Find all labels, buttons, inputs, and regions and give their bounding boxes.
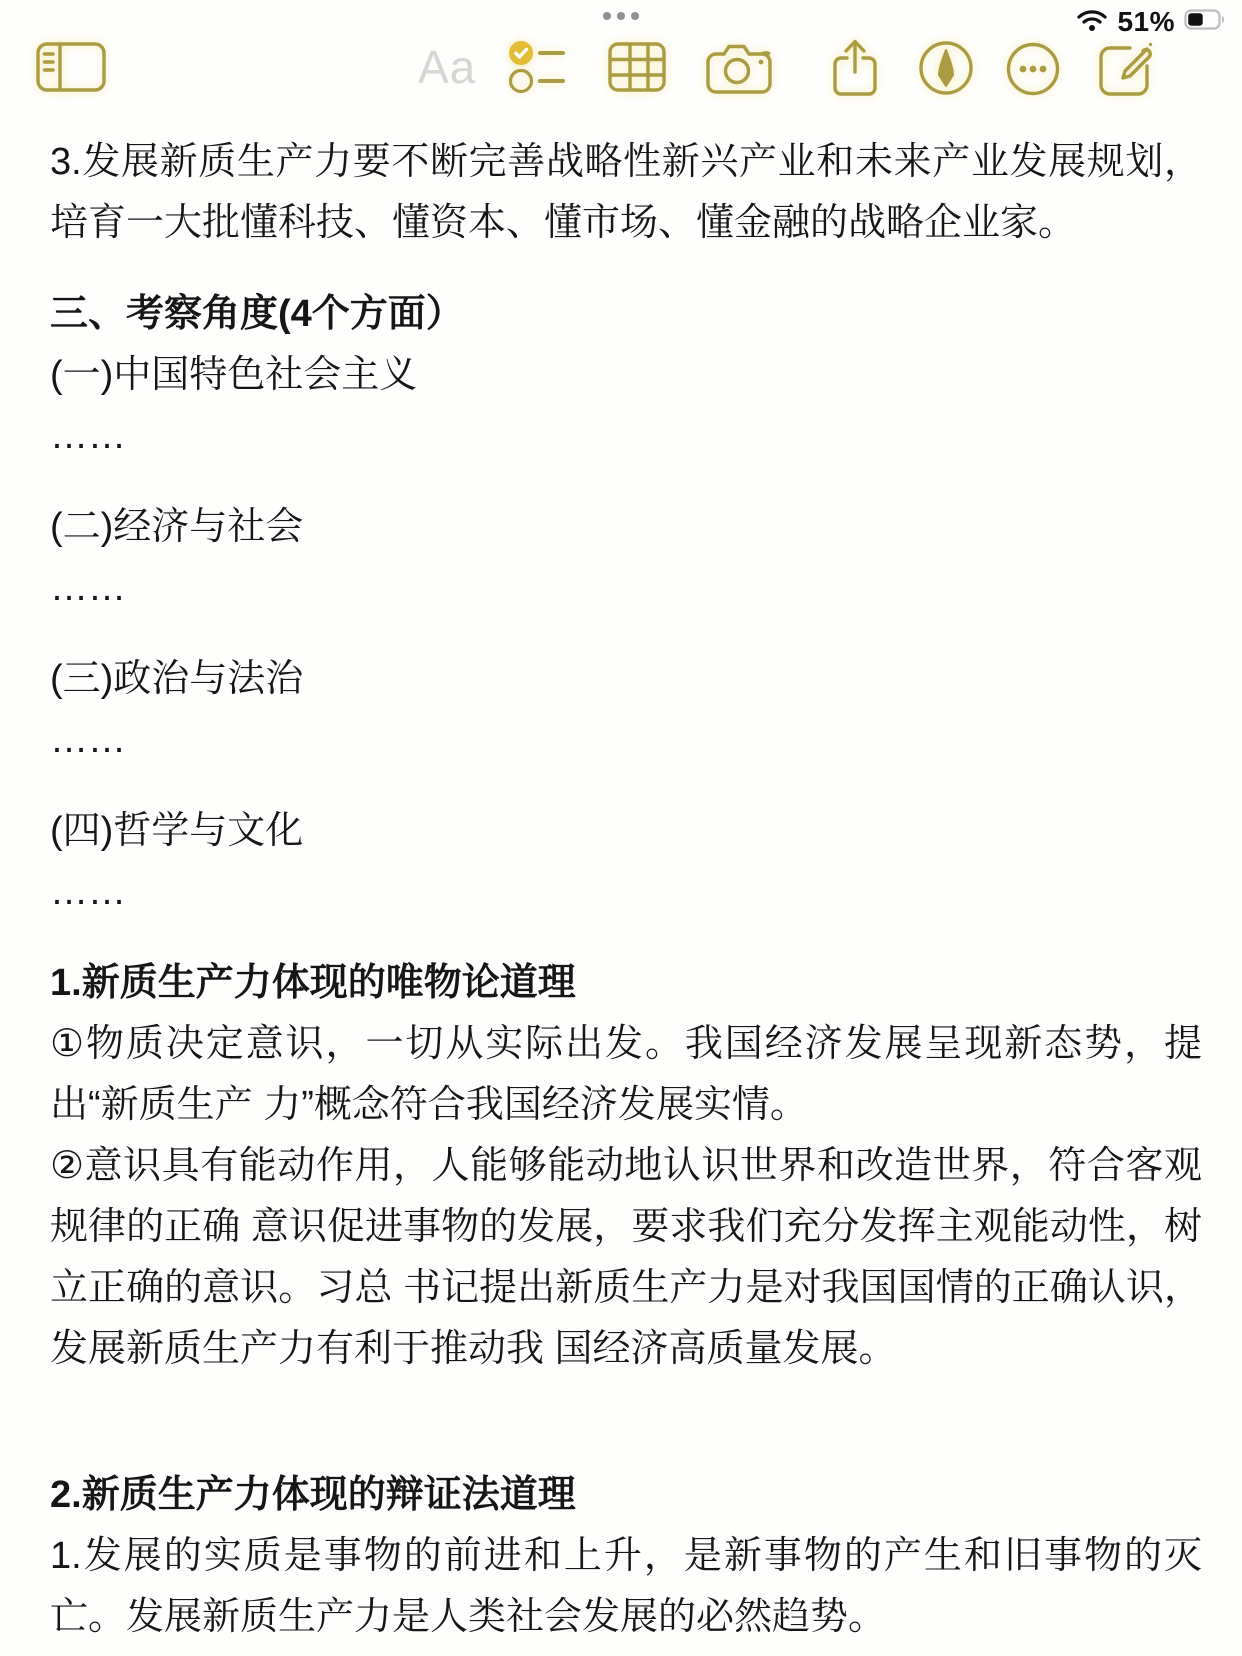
table-icon bbox=[608, 42, 666, 92]
checklist-icon bbox=[508, 40, 566, 94]
table-button[interactable] bbox=[608, 42, 666, 92]
more-button[interactable] bbox=[1006, 42, 1060, 96]
note-paragraph: …… bbox=[50, 710, 1202, 771]
blank-line bbox=[50, 923, 1202, 953]
note-paragraph: …… bbox=[50, 406, 1202, 467]
note-paragraph: (一)中国特色社会主义 bbox=[50, 345, 1202, 406]
blank-line bbox=[50, 619, 1202, 649]
note-heading: 1.新质生产力体现的唯物论道理 bbox=[50, 953, 1202, 1014]
note-paragraph: ①物质决定意识，一切从实际出发。我国经济发展呈现新态势，提出“新质生产 力”概念… bbox=[50, 1014, 1202, 1136]
note-heading: 三、考察角度(4个方面） bbox=[50, 284, 1202, 345]
ellipsis-icon bbox=[1006, 42, 1060, 96]
note-paragraph: …… bbox=[50, 862, 1202, 923]
note-paragraph: (四)哲学与文化 bbox=[50, 801, 1202, 862]
sidebar-toggle-button[interactable] bbox=[36, 42, 106, 92]
camera-icon bbox=[706, 42, 772, 94]
note-paragraph: ②意识具有能动作用，人能够能动地认识世界和改造世界，符合客观规律的正确 意识促进… bbox=[50, 1136, 1202, 1380]
note-paragraph: …… bbox=[50, 558, 1202, 619]
format-button[interactable]: Aa bbox=[418, 44, 476, 90]
screen: { "status_bar": { "battery_percent": "51… bbox=[0, 0, 1242, 1656]
blank-line bbox=[50, 771, 1202, 801]
note-paragraph: (三)政治与法治 bbox=[50, 649, 1202, 710]
checklist-button[interactable] bbox=[508, 40, 566, 94]
compose-icon bbox=[1096, 40, 1154, 96]
note-body[interactable]: 3.发展新质生产力要不断完善战略性新兴产业和未来产业发展规划，培育一大批懂科技、… bbox=[0, 132, 1242, 1656]
note-paragraph: 3.发展新质生产力要不断完善战略性新兴产业和未来产业发展规划，培育一大批懂科技、… bbox=[50, 132, 1202, 254]
note-paragraph: 1.发展的实质是事物的前进和上升，是新事物的产生和旧事物的灭亡。发展新质生产力是… bbox=[50, 1526, 1202, 1648]
compose-button[interactable] bbox=[1096, 40, 1154, 96]
camera-button[interactable] bbox=[706, 42, 772, 94]
blank-line bbox=[50, 1380, 1202, 1465]
markup-button[interactable] bbox=[918, 40, 974, 96]
share-button[interactable] bbox=[831, 38, 879, 96]
blank-line bbox=[50, 467, 1202, 497]
notes-toolbar: Aa bbox=[0, 0, 1242, 112]
share-icon bbox=[831, 38, 879, 96]
note-heading: 2.新质生产力体现的辩证法道理 bbox=[50, 1465, 1202, 1526]
markup-icon bbox=[918, 40, 974, 96]
blank-line bbox=[50, 254, 1202, 284]
note-paragraph: (二)经济与社会 bbox=[50, 497, 1202, 558]
